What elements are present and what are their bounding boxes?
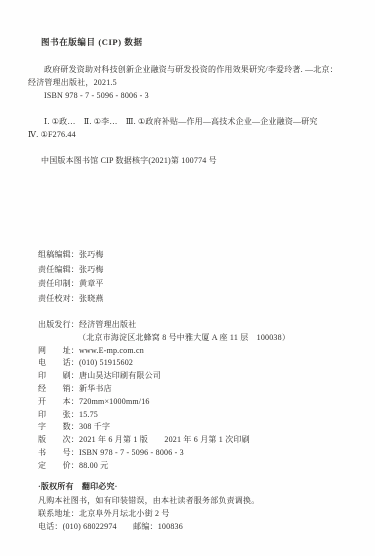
info-value: 308 千字 (79, 422, 110, 431)
cip-entry-line: 政府研发资助对科技创新企业融资与研发投资的作用效果研究/李爱玲著. —北京： (28, 63, 345, 76)
publication-info-row: 书 号：ISBN 978 - 7 - 5096 - 8006 - 3 (38, 447, 345, 460)
cip-classification-line: Ⅰ. ①政… Ⅱ. ①李… Ⅲ. ①政府补贴—作用—高技术企业—企业融资—研究 (28, 115, 345, 128)
copyright-notice-section: ·版权所有 翻印必究· 凡购本社图书，如有印装错误，由本社读者服务部负责调换。 … (38, 480, 345, 533)
info-value: 88.00 元 (79, 461, 108, 470)
cip-entry-line: ISBN 978 - 7 - 5096 - 8006 - 3 (28, 89, 345, 102)
publisher-label: 出版发行： (38, 320, 79, 329)
publication-info-row: 经 销：新华书店 (38, 383, 345, 396)
publication-rows: 网 址：www.E-mp.com.cn 电 话：(010) 51915602 印… (38, 345, 345, 473)
cip-section: 图书在版编目 (CIP) 数据 政府研发资助对科技创新企业融资与研发投资的作用效… (28, 36, 345, 167)
editor-row: 责任校对：张晓燕 (38, 292, 345, 307)
info-value: 15.75 (79, 410, 98, 419)
publication-info-row: 印 刷：唐山昊达印刷有限公司 (38, 370, 345, 383)
cip-classification-line: Ⅳ. ①F276.44 (28, 128, 345, 141)
notice-line: 电话：(010) 68022974 邮编：100836 (38, 520, 345, 533)
cip-entry: 政府研发资助对科技创新企业融资与研发投资的作用效果研究/李爱玲著. —北京： 经… (28, 63, 345, 102)
info-label: 版 次： (38, 435, 79, 444)
info-value: ISBN 978 - 7 - 5096 - 8006 - 3 (79, 448, 184, 457)
info-value: 2021 年 6 月第 1 版 2021 年 6 月第 1 次印刷 (79, 435, 250, 444)
editor-row: 责任印制：黄章平 (38, 277, 345, 292)
cip-entry-line: 经济管理出版社，2021.5 (28, 76, 345, 89)
editor-role-label: 责任校对： (38, 294, 79, 303)
info-label: 字 数： (38, 422, 79, 431)
book-copyright-page: 图书在版编目 (CIP) 数据 政府研发资助对科技创新企业融资与研发投资的作用效… (0, 0, 375, 556)
editor-row: 责任编辑：张巧梅 (38, 263, 345, 278)
publisher-name: 经济管理出版社 (79, 320, 136, 329)
info-label: 定 价： (38, 461, 79, 470)
info-label: 网 址： (38, 346, 79, 355)
cip-classification: Ⅰ. ①政… Ⅱ. ①李… Ⅲ. ①政府补贴—作用—高技术企业—企业融资—研究 … (28, 115, 345, 141)
copyright-notice-title: ·版权所有 翻印必究· (38, 480, 345, 493)
publication-info-row: 字 数：308 千字 (38, 421, 345, 434)
editors-section: 组稿编辑：张巧梅 责任编辑：张巧梅 责任印制：黄章平 责任校对：张晓燕 (38, 248, 345, 306)
publication-info-row: 开 本：720mm×1000mm/16 (38, 396, 345, 409)
publication-info-row: 印 张：15.75 (38, 409, 345, 422)
info-label: 电 话： (38, 358, 79, 367)
info-label: 经 销： (38, 384, 79, 393)
cip-record-number: 中国版本图书馆 CIP 数据核字(2021)第 100774 号 (41, 154, 345, 167)
editor-role-label: 责任编辑： (38, 265, 79, 274)
editor-row: 组稿编辑：张巧梅 (38, 248, 345, 263)
notice-line: 凡购本社图书，如有印装错误，由本社读者服务部负责调换。 (38, 494, 345, 507)
publisher-address: （北京市海淀区北蜂窝 8 号中雅大厦 A 座 11 层 100038） (38, 332, 345, 345)
editor-role-label: 组稿编辑： (38, 250, 79, 259)
info-value: 720mm×1000mm/16 (79, 397, 150, 406)
info-label: 开 本： (38, 397, 79, 406)
publisher-row: 出版发行：经济管理出版社 (38, 319, 345, 332)
editor-role-label: 责任印制： (38, 279, 79, 288)
cip-header: 图书在版编目 (CIP) 数据 (41, 36, 345, 49)
info-label: 印 张： (38, 410, 79, 419)
notice-lines: 凡购本社图书，如有印装错误，由本社读者服务部负责调换。 联系地址：北京阜外月坛北… (38, 494, 345, 533)
editor-name: 黄章平 (79, 279, 104, 288)
publication-info-row: 网 址：www.E-mp.com.cn (38, 345, 345, 358)
notice-line: 联系地址：北京阜外月坛北小街 2 号 (38, 507, 345, 520)
info-label: 书 号： (38, 448, 79, 457)
publication-info-row: 版 次：2021 年 6 月第 1 版 2021 年 6 月第 1 次印刷 (38, 434, 345, 447)
info-value: 新华书店 (79, 384, 112, 393)
info-value: www.E-mp.com.cn (79, 346, 144, 355)
publication-info-section: 出版发行：经济管理出版社 （北京市海淀区北蜂窝 8 号中雅大厦 A 座 11 层… (38, 319, 345, 473)
publication-info-row: 电 话：(010) 51915602 (38, 357, 345, 370)
info-label: 印 刷： (38, 371, 79, 380)
info-value: 唐山昊达印刷有限公司 (79, 371, 161, 380)
publication-info-row: 定 价：88.00 元 (38, 460, 345, 473)
editor-name: 张晓燕 (79, 294, 104, 303)
editor-name: 张巧梅 (79, 250, 104, 259)
editor-name: 张巧梅 (79, 265, 104, 274)
info-value: (010) 51915602 (79, 358, 133, 367)
